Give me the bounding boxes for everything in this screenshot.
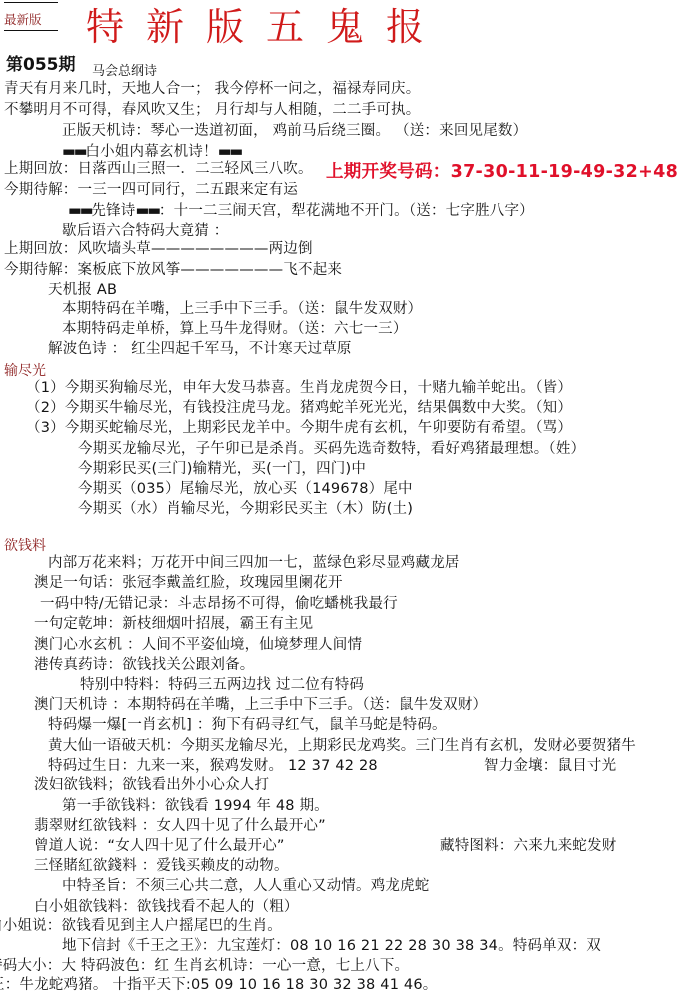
bottom-rule xyxy=(4,30,58,31)
lose-item: （1）今期买狗输尽光，申年大发马恭喜。生肖龙虎贺今日，十赌九输羊蛇出。（皆） xyxy=(26,379,572,397)
money-item: 特码过生日：九来一来，猴鸡发财。 12 37 42 28 xyxy=(48,757,378,775)
money-item: 港传真药诗：欲钱找关公跟刘备。 xyxy=(34,656,255,674)
lose-item: 今期买龙输尽光，子午卯已是杀肖。买码先选奇数特，看好鸡猪最理想。（姓） xyxy=(78,440,585,458)
vanguard-poem: ▬▬先锋诗▬▬：十一二三闹天宫，犁花满地不开门。（送：七字胜八字） xyxy=(68,202,534,220)
money-item: 中特圣旨：不须三心共二意，人人重心又动情。鸡龙虎蛇 xyxy=(62,877,430,895)
money-item: 白小姐说：欲钱看见到主人户摇尾巴的生肖。 xyxy=(0,917,282,935)
wave-poem: 解波色诗 ： 红尘四起千军马，不计寒天过草原 xyxy=(48,340,352,358)
issue-number: 第055期 xyxy=(6,50,76,75)
last-reveal: 上期回放：日落西山三照一．二三轻风三八吹。 xyxy=(4,160,313,178)
lose-item: （3）今期买蛇输尽光，上期彩民龙羊中。今期牛虎有玄机，午卯要防有希望。（骂） xyxy=(26,419,572,437)
money-item: 智力金壤：鼠目寸光 xyxy=(484,757,616,775)
money-item: 澳门心水玄机 ：人间不平姿仙境，仙境梦理人间情 xyxy=(34,636,362,654)
tianji-line-2: 本期特码走单桥，算上马牛龙得财。（送：六七一三） xyxy=(62,320,408,338)
riddle-last: 上期回放：风吹墙头草————————两边倒 xyxy=(4,240,313,258)
money-item: 澳足一句话：张冠李戴盖红脸，玫瑰园里阑花开 xyxy=(34,574,343,592)
money-item: 白小姐欲钱料：欲钱找看不起人的（粗） xyxy=(34,898,299,916)
bar-marker-icon: ▬▬ xyxy=(136,203,159,219)
poem-line-2: 不攀明月不可得，春风吹又生； 月行却与人相随，二二手可执。 xyxy=(4,101,420,119)
money-item: 一句定乾坤：新枝细烟叶招展，霸王有主见 xyxy=(34,615,313,633)
tianji-line-1: 本期特码在羊嘴，上三手中下三手。（送：鼠牛发双财） xyxy=(62,300,422,318)
lose-item: 今期买（水）肖输尽光，今期彩民买主（木）防(土) xyxy=(78,500,413,518)
money-item: 三怪賭紅欲錢料 ：爱钱买赖皮的动物。 xyxy=(34,857,289,875)
lose-item: 今期买（035）尾输尽光，放心买（149678）尾中 xyxy=(78,480,413,498)
poem-line-3: 正版天机诗：琴心一迭道初面， 鸡前马后绕三圈。 （送：来回见尾数） xyxy=(62,122,527,140)
riddle-title: 歇后语六合特码大竟猜 ： xyxy=(62,222,229,240)
edition-label: 最新版 xyxy=(4,10,42,28)
bar-marker-icon: ▬▬ xyxy=(68,203,91,219)
lose-item: 今期彩民买(三门)输精光，买(一门，四门)中 xyxy=(78,460,366,478)
this-period: 今期待解：一三一四可同行，二五跟来定有运 xyxy=(4,181,298,199)
section-label-money: 欲钱料 xyxy=(4,535,46,555)
money-item: 第一手欲钱料：欲钱看 1994 年 48 期。 xyxy=(62,797,329,815)
money-item: 翡翠财红欲钱料 ：女人四十见了什么最开心” xyxy=(34,817,326,835)
money-item: 澳门天机诗 ：本期特码在羊嘴，上三手中下三手。（送：鼠牛发双财） xyxy=(34,696,487,714)
bar-marker-icon: ▬▬ xyxy=(218,144,241,160)
vanguard-label: 先锋诗 xyxy=(91,203,135,219)
money-item: 内部万花来料；万花开中间三四加一七，蓝绿色彩尽显鸡藏龙居 xyxy=(48,554,460,572)
money-item: 特码大小：大 特码波色：红 生肖玄机诗：一心一意，七上八下。 xyxy=(0,957,409,975)
top-rule xyxy=(4,2,58,3)
lose-item: （2）今期买牛输尽光，有钱投注虎马龙。猪鸡蛇羊死光光，结果偶数中大奖。（知） xyxy=(26,399,572,417)
money-item: 泼妇欲钱料；欲钱看出外小心众人打 xyxy=(34,776,269,794)
money-item: 一码中特/无错记录：斗志昂扬不可得，偷吃蟠桃我最行 xyxy=(40,595,398,613)
money-item: 特码爆一爆[一肖玄机] ：狗下有码寻红气，鼠羊马蛇是特码。 xyxy=(48,716,447,734)
poem-line-4: ▬▬白小姐内幕玄机诗！▬▬ xyxy=(62,143,241,161)
money-item: 曾道人说：“女人四十见了什么最开心” xyxy=(34,837,285,855)
money-item: 王：牛龙蛇鸡猪。 十指平天下:05 09 10 16 18 30 32 38 4… xyxy=(0,976,437,991)
riddle-now: 今期待解：案板底下放风筝———————飞不起来 xyxy=(4,261,342,279)
money-item: 特别中特料：特码三五两边找 过二位有特码 xyxy=(80,676,364,694)
bar-marker-icon: ▬▬ xyxy=(62,144,85,160)
section-label-lose: 输尽光 xyxy=(4,360,46,380)
last-draw-result: 上期开奖号码：37-30-11-19-49-32+48 xyxy=(326,158,678,183)
subtitle: 马会总纲诗 xyxy=(92,60,157,79)
masthead-title: 特新版五鬼报 xyxy=(86,2,446,52)
tianji-title: 天机报 AB xyxy=(48,281,117,299)
money-item: 黄大仙一语破天机：今期买龙输尽光，上期彩民龙鸡奖。三门生肖有玄机，发财必要贺猪牛 xyxy=(48,737,636,755)
vanguard-text: ：十一二三闹天宫，犁花满地不开门。（送：七字胜八字） xyxy=(159,203,534,219)
money-item: 地下信封《千王之王》：九宝莲灯：08 10 16 21 22 28 30 38 … xyxy=(62,937,601,955)
insider-poem-title: 白小姐内幕玄机诗！ xyxy=(85,144,217,160)
money-item: 藏特图料：六来九来蛇发财 xyxy=(440,837,616,855)
poem-line-1: 青天有月来几时，天地人合一； 我今停杯一问之，福禄寿同庆。 xyxy=(4,80,420,98)
